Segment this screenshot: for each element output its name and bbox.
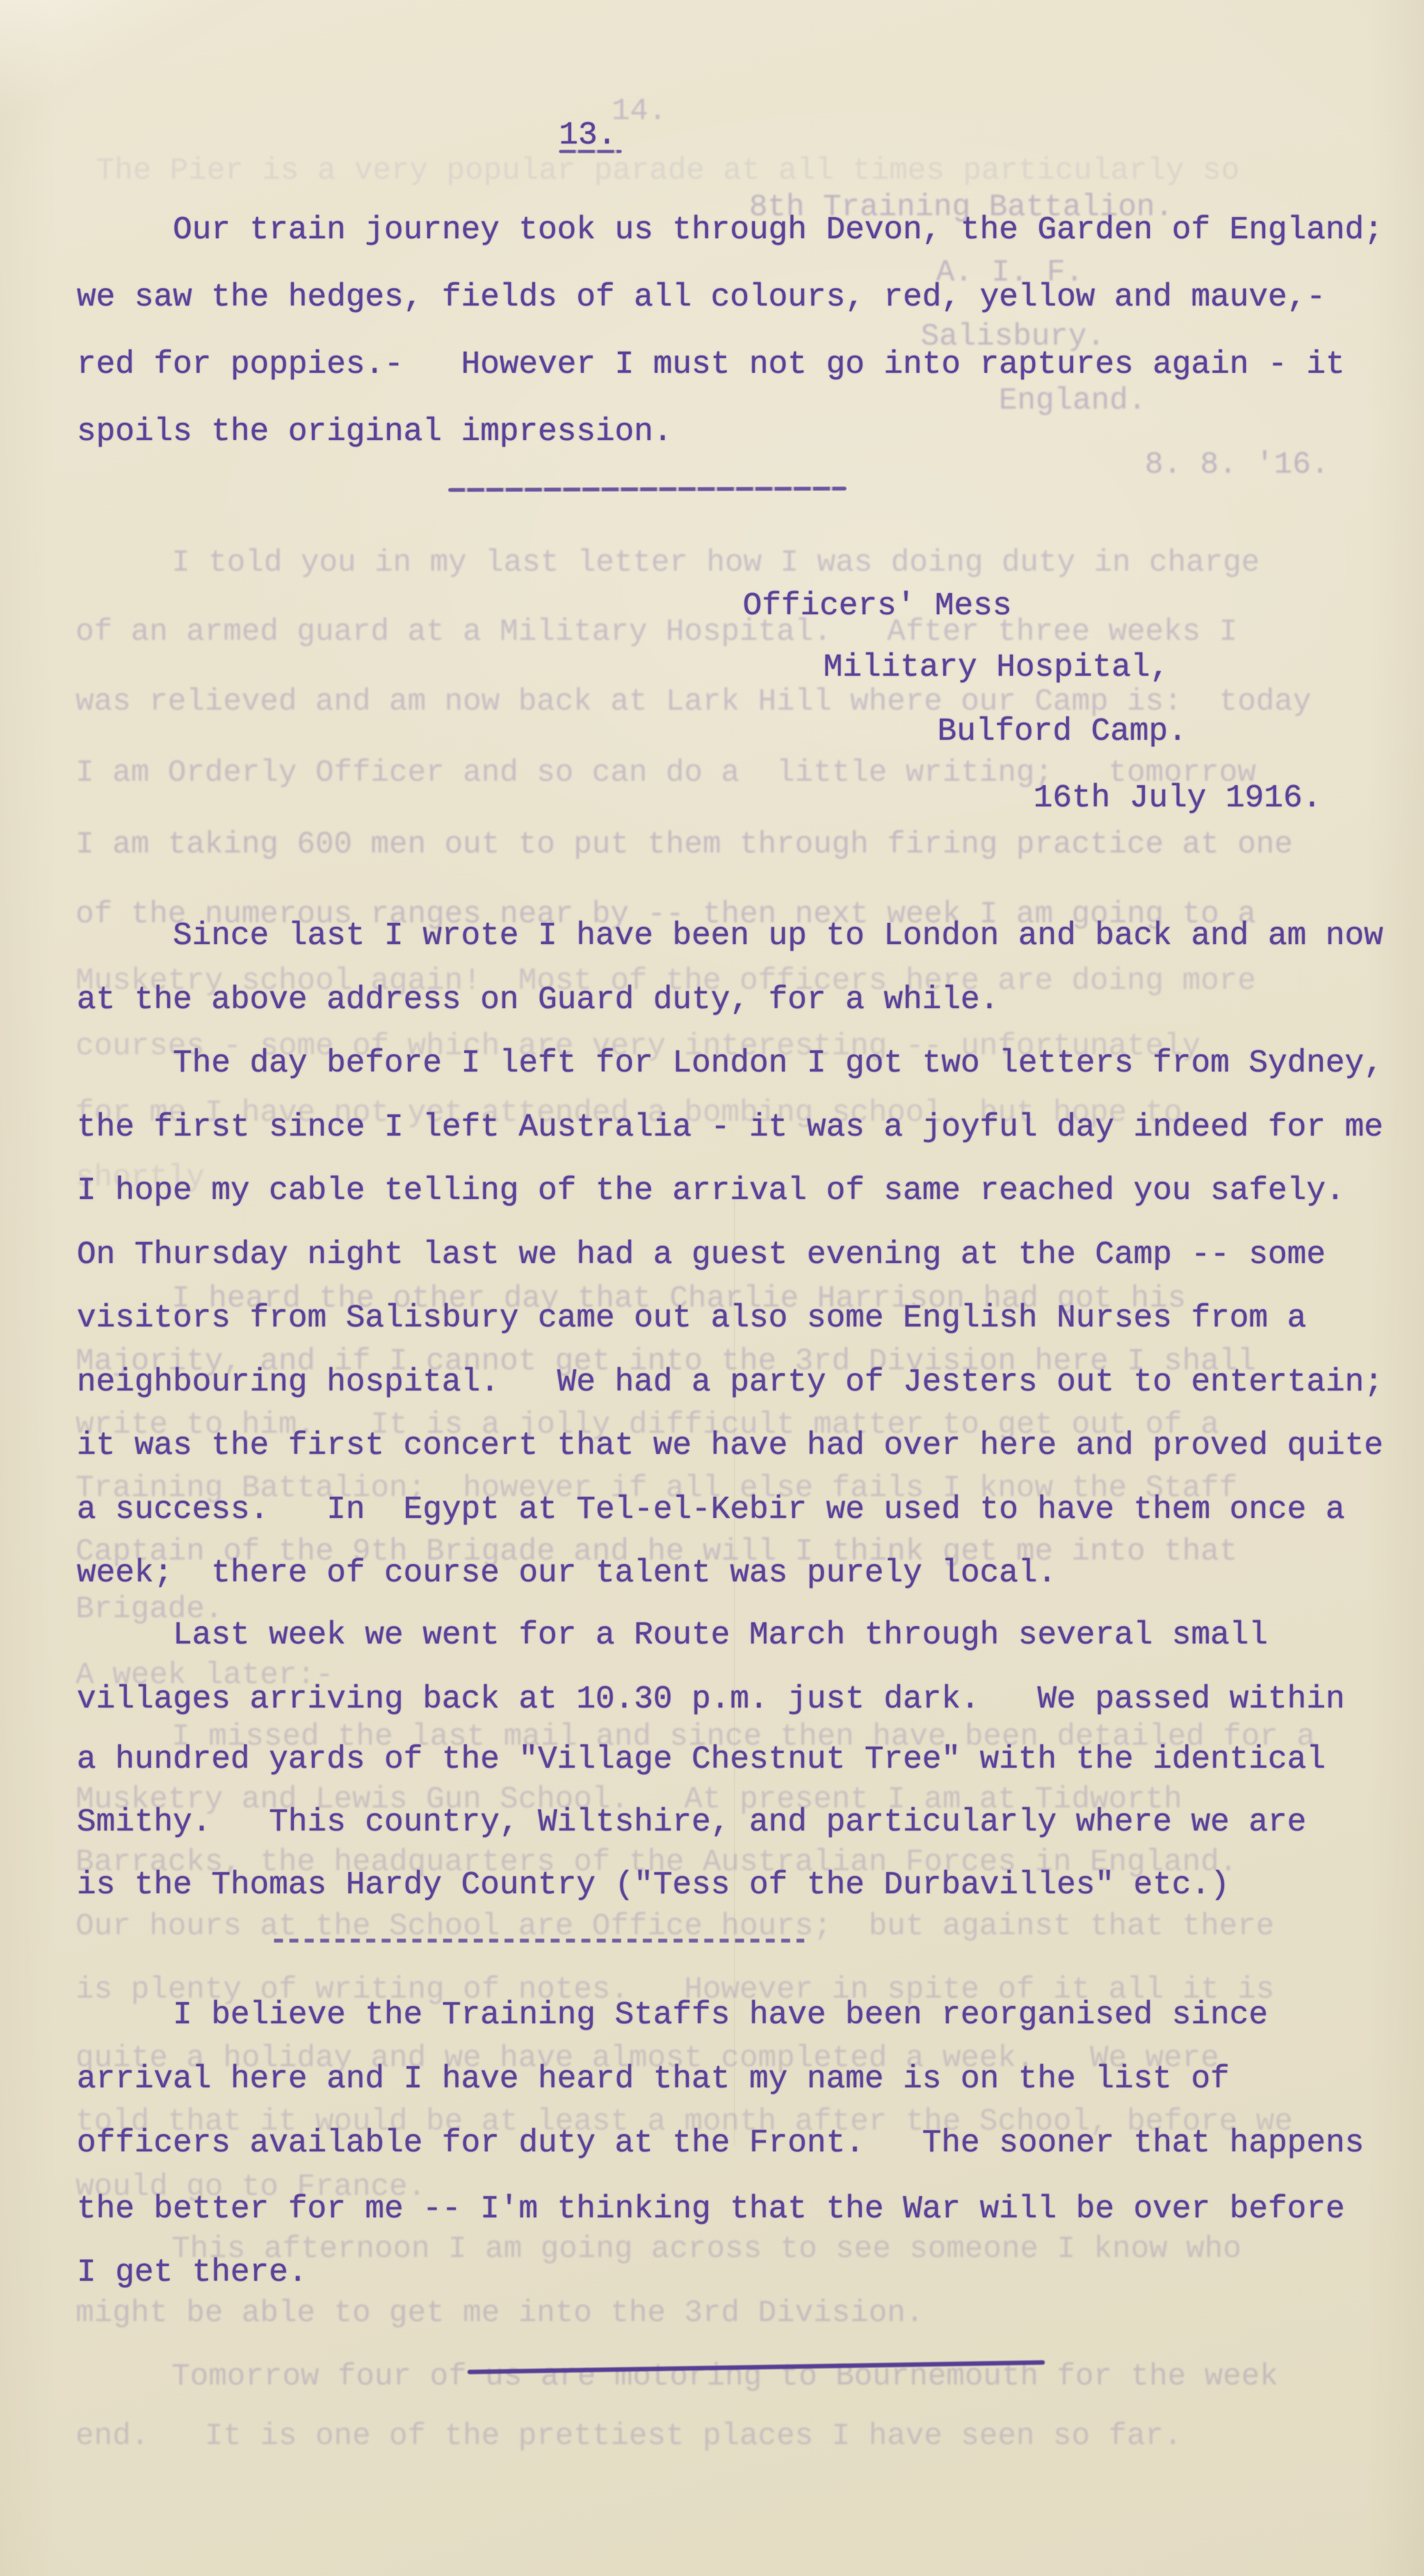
typed-line: it was the first concert that we have ha… [77, 1430, 1383, 1462]
typed-line: the first since I left Australia - it wa… [77, 1112, 1383, 1144]
ghost-line: England. [999, 386, 1146, 416]
typed-line: we saw the hedges, fields of all colours… [77, 282, 1325, 314]
typed-line: villages arriving back at 10.30 p.m. jus… [77, 1684, 1345, 1716]
ghost-line: 8. 8. '16. [1145, 450, 1329, 480]
page-number: 13. [559, 120, 617, 152]
ghost-line: of an armed guard at a Military Hospital… [76, 617, 1238, 648]
ghost-line: 14. [611, 96, 667, 127]
typed-line: 16th July 1916. [1033, 783, 1322, 815]
typed-line: Bulford Camp. [937, 716, 1187, 748]
typed-line: On Thursday night last we had a guest ev… [77, 1239, 1325, 1271]
typed-line: Last week we went for a Route March thro… [173, 1620, 1268, 1652]
ghost-line: was relieved and am now back at Lark Hil… [76, 687, 1311, 717]
ghost-line: I told you in my last letter how I was d… [172, 548, 1259, 578]
typed-line: is the Thomas Hardy Country ("Tess of th… [77, 1870, 1229, 1902]
section-divider-line [448, 487, 846, 492]
typed-line: the better for me -- I'm thinking that t… [77, 2194, 1345, 2226]
typed-line: a hundred yards of the "Village Chestnut… [77, 1744, 1325, 1776]
ghost-line: The Pier is a very popular parade at all… [96, 156, 1240, 186]
typed-line: a success. In Egypt at Tel-el-Kebir we u… [77, 1494, 1345, 1526]
letter-page: 14.The Pier is a very popular parade at … [0, 0, 1424, 2576]
typed-line: officers available for duty at the Front… [77, 2128, 1364, 2160]
ghost-line: might be able to get me into the 3rd Div… [76, 2298, 924, 2329]
typed-line: Since last I wrote I have been up to Lon… [173, 920, 1383, 952]
typed-line: The day before I left for London I got t… [173, 1048, 1383, 1080]
typed-line: I hope my cable telling of the arrival o… [77, 1175, 1345, 1207]
ghost-line: Tomorrow four of us are motoring to Bour… [172, 2361, 1278, 2392]
typed-line: Smithy. This country, Wiltshire, and par… [77, 1807, 1306, 1839]
ghost-line: end. It is one of the prettiest places I… [76, 2421, 1182, 2452]
typed-line: visitors from Salisbury came out also so… [77, 1303, 1306, 1335]
typed-line: I believe the Training Staffs have been … [173, 2000, 1268, 2032]
typed-line: Officers' Mess [743, 591, 1012, 623]
typed-line: Our train journey took us through Devon,… [173, 215, 1383, 247]
typed-line: I get there. [77, 2257, 307, 2289]
page-number-text: 13. [559, 117, 617, 154]
ghost-line: Our hours at the School are Office hours… [76, 1911, 1274, 1942]
ghost-line: I am taking 600 men out to put them thro… [76, 829, 1293, 860]
typed-line: Military Hospital, [823, 652, 1169, 684]
typed-line: neighbouring hospital. We had a party of… [77, 1367, 1383, 1399]
typed-line: week; there of course our talent was pur… [77, 1558, 1056, 1590]
typed-line: red for poppies.- However I must not go … [77, 349, 1345, 381]
ghost-line: This afternoon I am going across to see … [172, 2234, 1242, 2265]
typed-line: arrival here and I have heard that my na… [77, 2064, 1229, 2096]
typed-line: spoils the original impression. [77, 416, 672, 448]
typed-line: at the above address on Guard duty, for … [77, 984, 999, 1016]
